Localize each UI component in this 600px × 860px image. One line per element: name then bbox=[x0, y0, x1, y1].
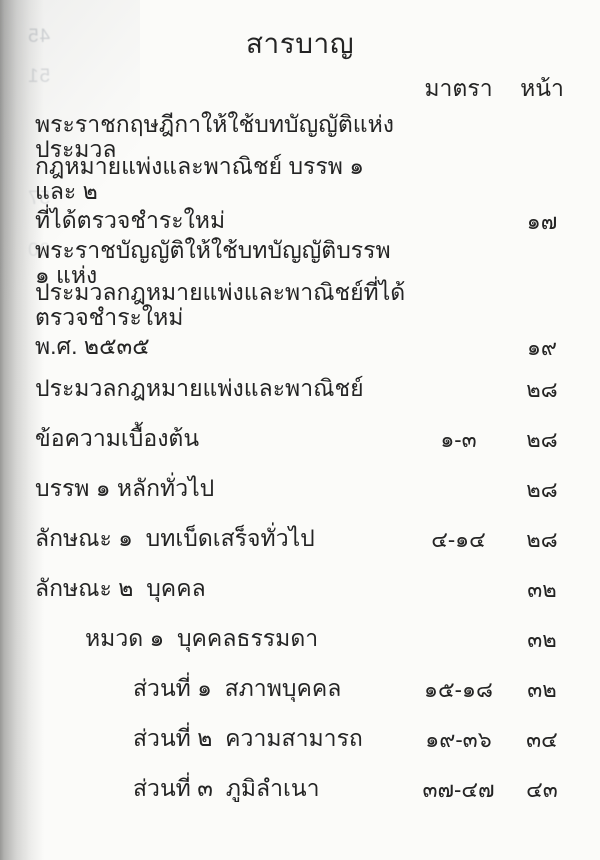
toc-entry-page: ๒๘ bbox=[506, 372, 578, 407]
toc-entry-label: ส่วนที่ ๑ สภาพบุคคล bbox=[35, 676, 411, 701]
toc-entry-label: ส่วนที่ ๒ ความสามารถ bbox=[35, 726, 411, 751]
toc-entry-matra: ๑๙-๓๖ bbox=[411, 722, 506, 757]
toc-entry-label: ข้อความเบื้องต้น bbox=[35, 426, 411, 451]
toc-row: ส่วนที่ ๑ สภาพบุคคล ๑๕-๑๘ ๓๒ bbox=[35, 668, 578, 710]
toc-row: ที่ได้ตรวจชำระใหม่ ๑๗ bbox=[35, 200, 578, 242]
toc-column-headers: มาตรา หน้า bbox=[35, 74, 578, 104]
toc-row: หมวด ๑ บุคคลธรรมดา ๓๒ bbox=[35, 618, 578, 660]
toc-row: ส่วนที่ ๓ ภูมิลำเนา ๓๗-๔๗ ๔๓ bbox=[35, 768, 578, 810]
toc-entry-label: กฎหมายแพ่งและพาณิชย์ บรรพ ๑ และ ๒ bbox=[35, 154, 411, 205]
toc-entry-label: ส่วนที่ ๓ ภูมิลำเนา bbox=[35, 776, 411, 801]
toc-row: กฎหมายแพ่งและพาณิชย์ บรรพ ๑ และ ๒ bbox=[35, 158, 578, 200]
toc-row: ข้อความเบื้องต้น ๑-๓ ๒๘ bbox=[35, 418, 578, 460]
toc-entry-label: พ.ศ. ๒๕๓๕ bbox=[35, 334, 411, 359]
toc-entry-page: ๑๗ bbox=[506, 204, 578, 239]
toc-entry-matra: ๑๕-๑๘ bbox=[411, 672, 506, 707]
toc-row: ลักษณะ ๒ บุคคล ๓๒ bbox=[35, 568, 578, 610]
toc-entry-page: ๒๘ bbox=[506, 472, 578, 507]
toc-entry-matra: ๑-๓ bbox=[411, 422, 506, 457]
toc-row: ส่วนที่ ๒ ความสามารถ ๑๙-๓๖ ๓๔ bbox=[35, 718, 578, 760]
toc-row: บรรพ ๑ หลักทั่วไป ๒๘ bbox=[35, 468, 578, 510]
toc-entry-matra: ๓๗-๔๗ bbox=[411, 772, 506, 807]
toc-entry-page: ๓๒ bbox=[506, 572, 578, 607]
toc-entry-label: บรรพ ๑ หลักทั่วไป bbox=[35, 476, 411, 501]
toc-row: พระราชกฤษฎีกาให้ใช้บทบัญญัติแห่งประมวล bbox=[35, 116, 578, 158]
toc-entry-page: ๒๘ bbox=[506, 422, 578, 457]
toc-entry-page: ๓๒ bbox=[506, 622, 578, 657]
toc-entry-label: ประมวลกฎหมายแพ่งและพาณิชย์ที่ได้ตรวจชำระ… bbox=[35, 280, 411, 331]
page-title: สารบาญ bbox=[0, 0, 600, 61]
toc-header-matra: มาตรา bbox=[411, 71, 506, 107]
toc-entry-page: ๒๘ bbox=[506, 522, 578, 557]
toc-entry-page: ๑๙ bbox=[506, 330, 578, 365]
toc-entry-label: ประมวลกฎหมายแพ่งและพาณิชย์ bbox=[35, 376, 411, 401]
toc-header-page: หน้า bbox=[506, 71, 578, 107]
toc-entry-label: ลักษณะ ๒ บุคคล bbox=[35, 576, 411, 601]
toc-row: ประมวลกฎหมายแพ่งและพาณิชย์ที่ได้ตรวจชำระ… bbox=[35, 284, 578, 326]
toc-entry-label: ลักษณะ ๑ บทเบ็ดเสร็จทั่วไป bbox=[35, 526, 411, 551]
table-of-contents: สารบาญ มาตรา หน้า พระราชกฤษฎีกาให้ใช้บทบ… bbox=[0, 0, 600, 810]
toc-entry-page: ๓๔ bbox=[506, 722, 578, 757]
toc-row: พระราชบัญญัติให้ใช้บทบัญญัติบรรพ ๑ แห่ง bbox=[35, 242, 578, 284]
toc-entry-matra: ๔-๑๔ bbox=[411, 522, 506, 557]
toc-entry-page: ๔๓ bbox=[506, 772, 578, 807]
toc-row: ประมวลกฎหมายแพ่งและพาณิชย์ ๒๘ bbox=[35, 368, 578, 410]
scanned-book-page: 45515790 สารบาญ มาตรา หน้า พระราชกฤษฎีกา… bbox=[0, 0, 600, 860]
toc-rows: พระราชกฤษฎีกาให้ใช้บทบัญญัติแห่งประมวล ก… bbox=[0, 116, 600, 810]
toc-entry-label: ที่ได้ตรวจชำระใหม่ bbox=[35, 208, 411, 233]
toc-row: พ.ศ. ๒๕๓๕ ๑๙ bbox=[35, 326, 578, 368]
toc-entry-page: ๓๒ bbox=[506, 672, 578, 707]
toc-row: ลักษณะ ๑ บทเบ็ดเสร็จทั่วไป ๔-๑๔ ๒๘ bbox=[35, 518, 578, 560]
toc-entry-label: หมวด ๑ บุคคลธรรมดา bbox=[35, 626, 411, 651]
